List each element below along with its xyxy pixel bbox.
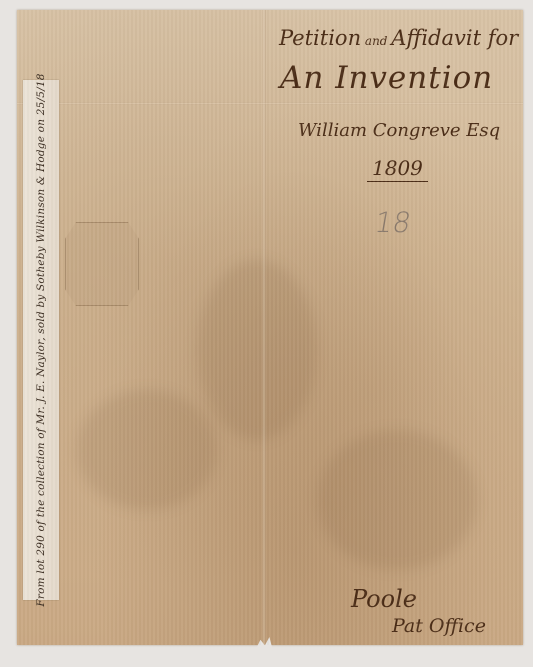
horizontal-fold-line bbox=[17, 102, 523, 105]
provenance-label: From lot 290 of the collection of Mr. J.… bbox=[23, 80, 59, 600]
seal-impression bbox=[65, 222, 139, 306]
vertical-fold-line bbox=[262, 10, 266, 645]
title-line-2: An Invention bbox=[280, 60, 493, 96]
signature-name: Poole bbox=[351, 585, 417, 613]
title-word-affidavit: Affidavit for bbox=[391, 26, 518, 50]
inventor-name: William Congreve Esq bbox=[298, 120, 500, 141]
title-line-1: Petition and Affidavit for bbox=[279, 26, 518, 50]
provenance-text: From lot 290 of the collection of Mr. J.… bbox=[35, 73, 47, 606]
water-stain bbox=[77, 390, 217, 510]
title-word-petition: Petition bbox=[279, 26, 361, 50]
signature-office: Pat Office bbox=[392, 615, 486, 637]
manuscript-page: From lot 290 of the collection of Mr. J.… bbox=[17, 10, 523, 645]
water-stain bbox=[317, 430, 477, 570]
title-word-and: and bbox=[361, 34, 391, 48]
pencil-annotation: 18 bbox=[372, 206, 413, 239]
document-year: 1809 bbox=[367, 156, 428, 182]
water-stain bbox=[197, 260, 317, 440]
